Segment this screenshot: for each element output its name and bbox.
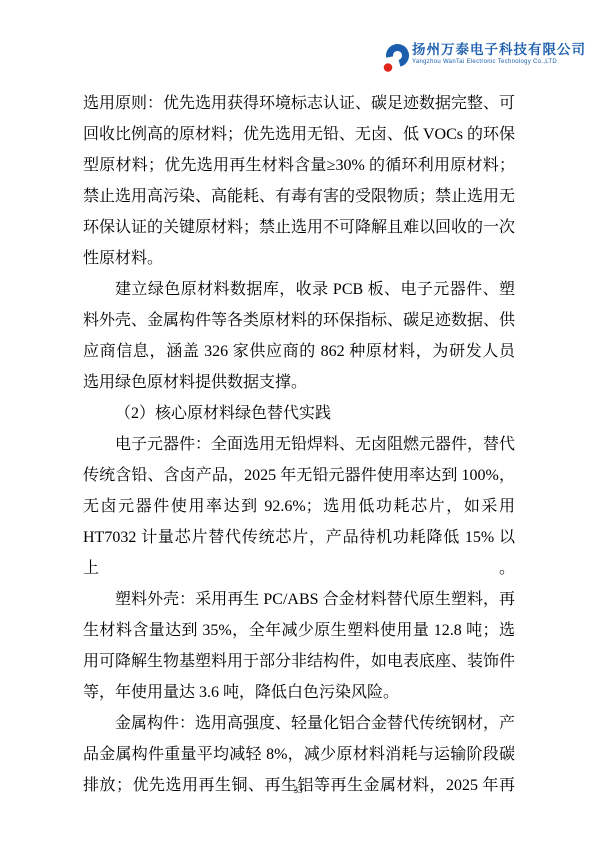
text-line: 电子元器件：全面选用无铅焊料、无卤阻燃元器件，替代 — [83, 429, 515, 460]
paragraph: 塑料外壳：采用再生 PC/ABS 合金材料替代原生塑料，再 生材料含量达到 35… — [83, 584, 515, 708]
document-body: 选用原则：优先选用获得环境标志认证、碳足迹数据完整、可 回收比例高的原材料；优先… — [83, 88, 515, 801]
company-name-cn: 扬州万泰电子科技有限公司 — [412, 42, 586, 58]
page-footer: 33 — [0, 780, 596, 798]
text-line: 回收比例高的原材料；优先选用无铅、无卤、低 VOCs 的环保 — [83, 119, 515, 150]
company-logo: 扬州万泰电子科技有限公司 Yangzhou WanTai Electronic … — [383, 42, 586, 73]
text-line: 金属构件：选用高强度、轻量化铝合金替代传统钢材，产 — [83, 708, 515, 739]
text-line: 性原材料。 — [83, 243, 515, 274]
company-logo-icon — [383, 43, 409, 73]
text-line: 塑料外壳：采用再生 PC/ABS 合金材料替代原生塑料，再 — [83, 584, 515, 615]
text-line: 选用绿色原材料提供数据支撑。 — [83, 367, 515, 398]
section-heading: （2）核心原材料绿色替代实践 — [83, 398, 515, 429]
page-number: 33 — [294, 785, 303, 795]
text-line: 禁止选用高污染、高能耗、有毒有害的受限物质；禁止选用无 — [83, 181, 515, 212]
paragraph: 选用原则：优先选用获得环境标志认证、碳足迹数据完整、可 回收比例高的原材料；优先… — [83, 88, 515, 274]
text-line: 无卤元器件使用率达到 92.6%；选用低功耗芯片，如采用 — [83, 491, 515, 522]
text-line: 料外壳、金属构件等各类原材料的环保指标、碳足迹数据、供 — [83, 305, 515, 336]
text-line: 应商信息，涵盖 326 家供应商的 862 种原材料，为研发人员 — [83, 336, 515, 367]
text-line: 环保认证的关键原材料；禁止选用不可降解且难以回收的一次 — [83, 212, 515, 243]
text-line: 传统含铅、含卤产品，2025 年无铅元器件使用率达到 100%， — [83, 460, 515, 491]
company-name-en: Yangzhou WanTai Electronic Technology Co… — [412, 58, 586, 66]
text-line: 用可降解生物基塑料用于部分非结构件，如电表底座、装饰件 — [83, 646, 515, 677]
company-logo-text: 扬州万泰电子科技有限公司 Yangzhou WanTai Electronic … — [412, 42, 586, 66]
paragraph: （2）核心原材料绿色替代实践 — [83, 398, 515, 429]
text-line: 生材料含量达到 35%，全年减少原生塑料使用量 12.8 吨；选 — [83, 615, 515, 646]
text-line: 型原材料；优先选用再生材料含量≥30% 的循环利用原材料； — [83, 150, 515, 181]
text-line: 选用原则：优先选用获得环境标志认证、碳足迹数据完整、可 — [83, 88, 515, 119]
text-line: HT7032 计量芯片替代传统芯片，产品待机功耗降低 15% 以上。 — [83, 522, 515, 584]
text-line: 建立绿色原材料数据库，收录 PCB 板、电子元器件、塑 — [83, 274, 515, 305]
text-line: 等，年使用量达 3.6 吨，降低白色污染风险。 — [83, 677, 515, 708]
paragraph: 建立绿色原材料数据库，收录 PCB 板、电子元器件、塑 料外壳、金属构件等各类原… — [83, 274, 515, 398]
paragraph: 电子元器件：全面选用无铅焊料、无卤阻燃元器件，替代 传统含铅、含卤产品，2025… — [83, 429, 515, 584]
text-line: 品金属构件重量平均减轻 8%，减少原材料消耗与运输阶段碳 — [83, 739, 515, 770]
document-page: 扬州万泰电子科技有限公司 Yangzhou WanTai Electronic … — [0, 0, 596, 842]
